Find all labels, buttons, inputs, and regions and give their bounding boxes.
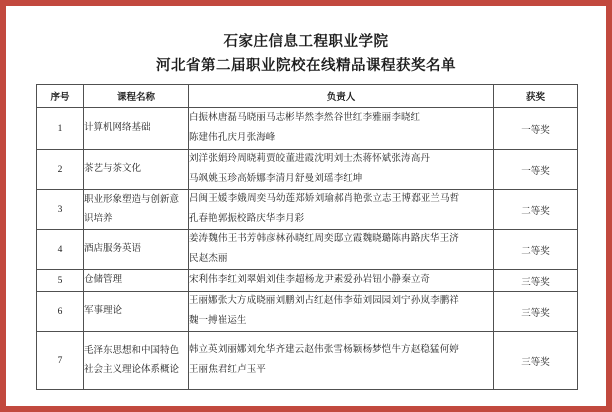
table-header-row: 序号 课程名称 负责人 获奖 — [37, 85, 578, 108]
row-serial-number: 7 — [37, 332, 84, 390]
table-row: 2 茶艺与茶文化 刘洋 张娟玲 周晓莉 贾皎 董进霞 沈明 刘士杰 蒋怀斌 张涛… — [37, 150, 578, 190]
person-in-charge-list: 宋利伟 李红 刘翠娟 刘佳 李超 杨龙 尹素爱 孙岩 钮小静 秦立奇 — [189, 270, 494, 292]
table-row: 5 仓储管理 宋利伟 李红 刘翠娟 刘佳 李超 杨龙 尹素爱 孙岩 钮小静 秦立… — [37, 270, 578, 292]
table-row: 4 酒店服务英语 姜涛 魏伟 王书芳 韩彦林 孙晓红 周奕 邸立霞 魏晓璐 陈冉… — [37, 230, 578, 270]
award-level: 二等奖 — [494, 230, 578, 270]
page-title: 石家庄信息工程职业学院 — [6, 6, 606, 50]
award-level: 一等奖 — [494, 150, 578, 190]
person-in-charge-list: 姜涛 魏伟 王书芳 韩彦林 孙晓红 周奕 邸立霞 魏晓璐 陈冉 路庆华 王济 民… — [189, 230, 494, 270]
table-row: 3 职业形象塑造与创新意识培养 吕闽 王媛 李娥 周奕 马幼莲 郑娇 刘瑜 郝肖… — [37, 190, 578, 230]
awards-table: 序号 课程名称 负责人 获奖 1 计算机网络基础 白振林 唐磊 马晓丽 马志彬 … — [36, 84, 578, 390]
person-in-charge-list: 刘洋 张娟玲 周晓莉 贾皎 董进霞 沈明 刘士杰 蒋怀斌 张涛 高丹 马飒 姚玉… — [189, 150, 494, 190]
award-level: 二等奖 — [494, 190, 578, 230]
document-page: 石家庄信息工程职业学院 河北省第二届职业院校在线精品课程获奖名单 序号 课程名称… — [0, 0, 612, 412]
row-serial-number: 2 — [37, 150, 84, 190]
person-in-charge-list: 韩立英 刘丽娜 刘允华 齐建云 赵伟 张雪 杨颖 杨梦恺 牛方 赵稳猛 何婷 王… — [189, 332, 494, 390]
course-name: 仓储管理 — [84, 270, 189, 292]
course-name: 酒店服务英语 — [84, 230, 189, 270]
course-name: 计算机网络基础 — [84, 108, 189, 150]
course-name: 毛泽东思想和中国特色社会主义理论体系概论 — [84, 332, 189, 390]
row-serial-number: 3 — [37, 190, 84, 230]
course-name: 茶艺与茶文化 — [84, 150, 189, 190]
header-award: 获奖 — [494, 85, 578, 108]
row-serial-number: 6 — [37, 292, 84, 332]
table-row: 1 计算机网络基础 白振林 唐磊 马晓丽 马志彬 毕然 李然 谷世红 李雅丽 李… — [37, 108, 578, 150]
award-level: 三等奖 — [494, 270, 578, 292]
award-level: 三等奖 — [494, 292, 578, 332]
person-in-charge-list: 吕闽 王媛 李娥 周奕 马幼莲 郑娇 刘瑜 郝肖艳 张立志 王博 郄亚兰 马哲 … — [189, 190, 494, 230]
course-name: 职业形象塑造与创新意识培养 — [84, 190, 189, 230]
page-subtitle: 河北省第二届职业院校在线精品课程获奖名单 — [6, 58, 606, 74]
person-in-charge-list: 王丽娜 张大方 成晓丽 刘鹏 刘占红 赵伟 李茹 刘园园 刘宁 孙岚 李鹏祥 魏… — [189, 292, 494, 332]
award-level: 一等奖 — [494, 108, 578, 150]
row-serial-number: 1 — [37, 108, 84, 150]
person-in-charge-list: 白振林 唐磊 马晓丽 马志彬 毕然 李然 谷世红 李雅丽 李晓红 陈建伟 孔庆月… — [189, 108, 494, 150]
table-row: 7 毛泽东思想和中国特色社会主义理论体系概论 韩立英 刘丽娜 刘允华 齐建云 赵… — [37, 332, 578, 390]
row-serial-number: 5 — [37, 270, 84, 292]
header-serial-number: 序号 — [37, 85, 84, 108]
course-name: 军事理论 — [84, 292, 189, 332]
row-serial-number: 4 — [37, 230, 84, 270]
header-course-name: 课程名称 — [84, 85, 189, 108]
award-level: 三等奖 — [494, 332, 578, 390]
header-person-in-charge: 负责人 — [189, 85, 494, 108]
table-row: 6 军事理论 王丽娜 张大方 成晓丽 刘鹏 刘占红 赵伟 李茹 刘园园 刘宁 孙… — [37, 292, 578, 332]
